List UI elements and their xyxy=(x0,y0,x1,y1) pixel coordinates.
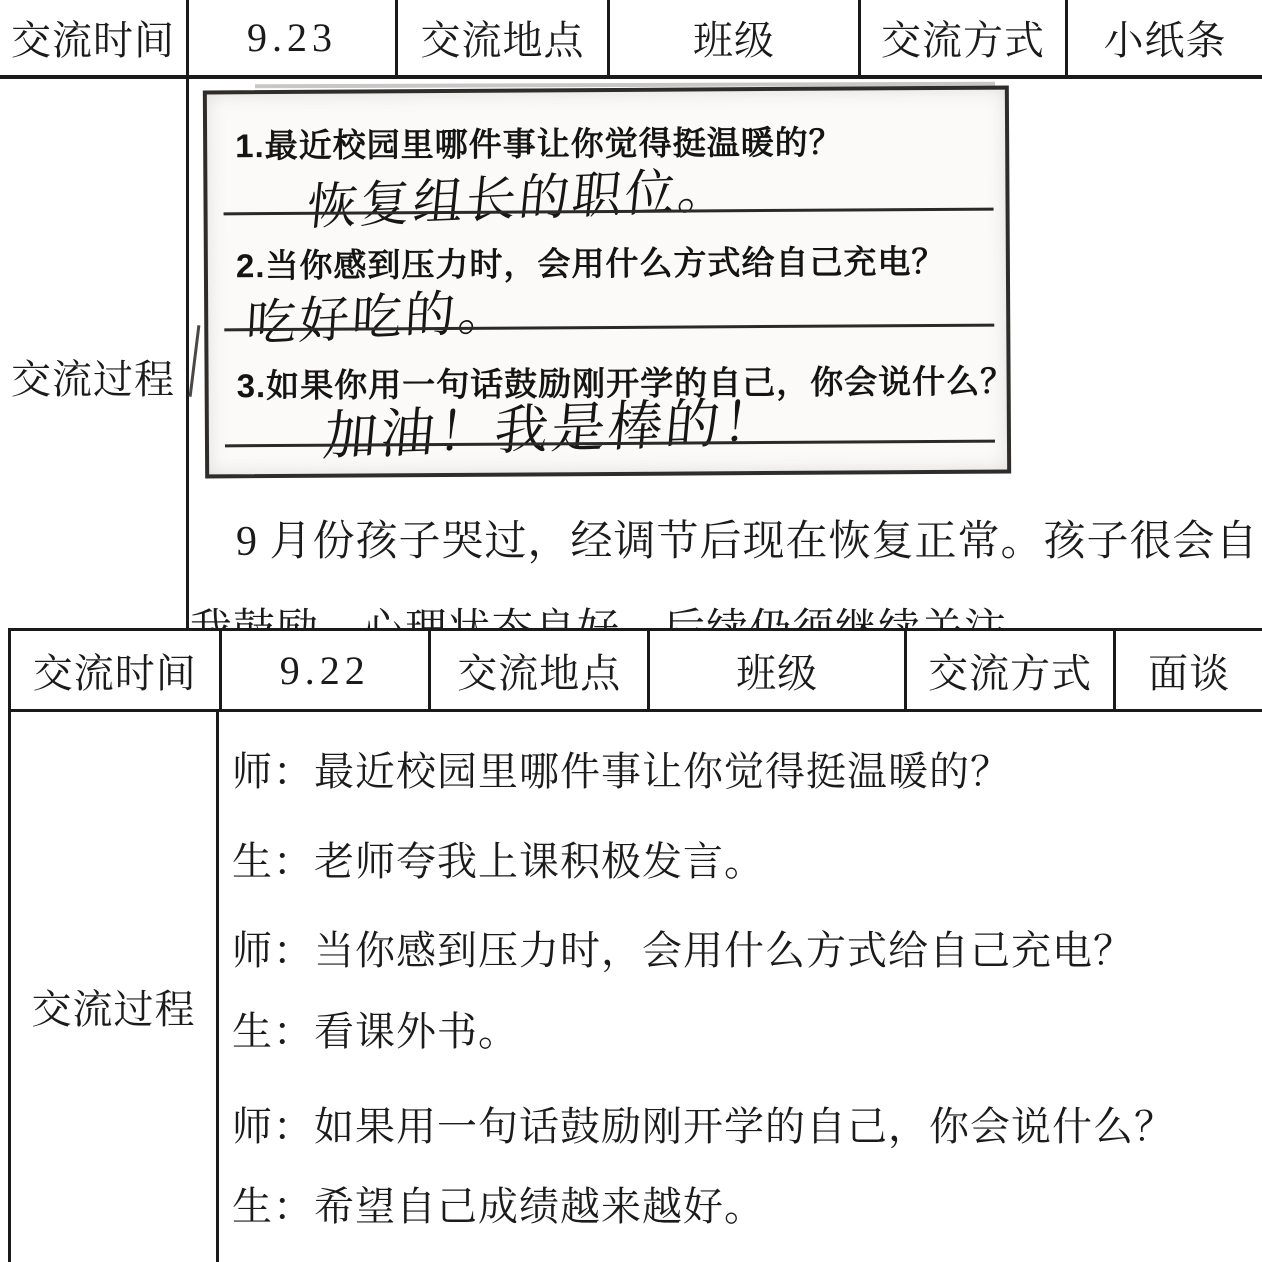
record1-method-label: 交流方式 xyxy=(861,0,1068,75)
handwritten-answer-2: 吃好吃的。 xyxy=(244,271,513,356)
record1-place-label: 交流地点 xyxy=(398,0,610,75)
dialogue-student-1: 生：老师夸我上课积极发言。 xyxy=(232,830,765,887)
handwritten-answer-3: 加油！我是棒的！ xyxy=(321,379,784,471)
dialogue-student-3: 生：希望自己成绩越来越好。 xyxy=(232,1175,765,1232)
record2-method-value: 面谈 xyxy=(1116,631,1262,709)
record2-process-label: 交流过程 xyxy=(11,978,216,1035)
record1-summary-line1: 9 月份孩子哭过，经调节后现在恢复正常。孩子很会自 xyxy=(190,508,1259,568)
record1-time-label: 交流时间 xyxy=(0,0,189,75)
record2-place-label: 交流地点 xyxy=(431,631,650,709)
record2-header-row: 交流时间 9.22 交流地点 班级 交流方式 面谈 xyxy=(8,628,1262,712)
questionnaire-paper-image: 1.最近校园里哪件事让你觉得挺温暖的？ 恢复组长的职位。 2.当你感到压力时，会… xyxy=(203,86,1011,479)
record2-method-label: 交流方式 xyxy=(907,631,1117,709)
record1-method-value: 小纸条 xyxy=(1068,0,1262,75)
record2-place-value: 班级 xyxy=(650,631,906,709)
dialogue-teacher-3: 师：如果用一句话鼓励刚开学的自己，你会说什么？ xyxy=(232,1095,1175,1152)
communication-record-document: 交流时间 9.23 交流地点 班级 交流方式 小纸条 交流过程 1.最近校园里哪… xyxy=(0,0,1262,1262)
record1-process-label: 交流过程 xyxy=(0,348,186,405)
record2-time-value: 9.22 xyxy=(222,631,432,709)
record1-place-value: 班级 xyxy=(610,0,861,75)
record2-body: 交流过程 师：最近校园里哪件事让你觉得挺温暖的？ 生：老师夸我上课积极发言。 师… xyxy=(0,712,1262,1262)
record1-column-divider xyxy=(186,79,189,628)
record1-time-value: 9.23 xyxy=(189,0,398,75)
record2-time-label: 交流时间 xyxy=(11,631,222,709)
pen-stroke-mark xyxy=(189,325,201,397)
record1-header-row: 交流时间 9.23 交流地点 班级 交流方式 小纸条 xyxy=(0,0,1262,79)
dialogue-teacher-2: 师：当你感到压力时，会用什么方式给自己充电？ xyxy=(232,919,1134,976)
dialogue-student-2: 生：看课外书。 xyxy=(232,1000,519,1057)
record2-column-divider xyxy=(216,712,219,1262)
dialogue-teacher-1: 师：最近校园里哪件事让你觉得挺温暖的？ xyxy=(232,740,1011,797)
